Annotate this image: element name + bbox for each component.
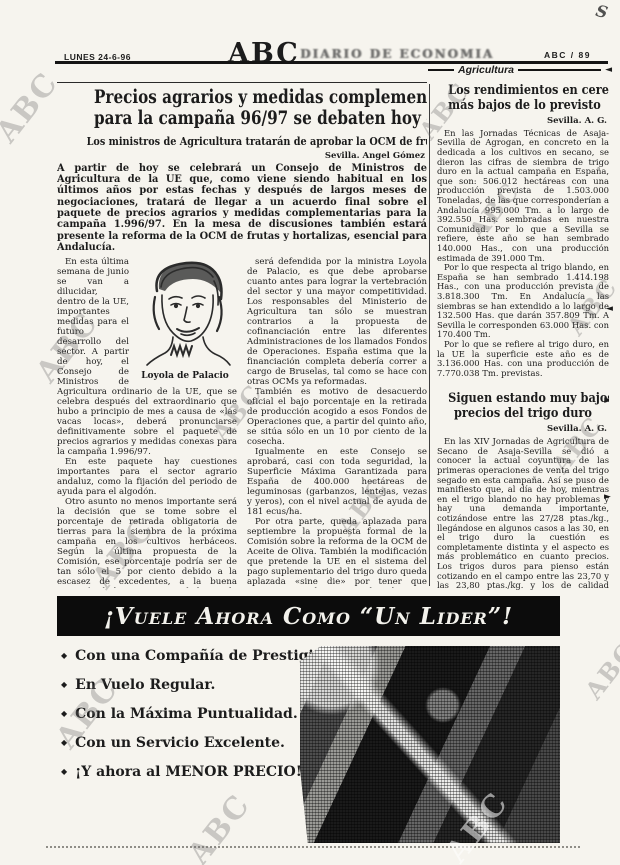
article-paragraph: También es motivo de desacuerdo oficial … — [247, 387, 427, 447]
cereals-headline: Los rendimientos en cereales, más bajos … — [448, 84, 598, 114]
headline-line: más bajos de lo previsto — [448, 99, 598, 114]
section-label: Agricultura — [458, 64, 514, 76]
portrait-caption: Loyola de Palacio — [133, 371, 237, 381]
headline-line: para la campaña 96/97 se debaten hoy en … — [94, 108, 390, 129]
advertisement: ¡Vuele Ahora Como “Un Lider”! ◆ Con una … — [57, 596, 560, 845]
masthead-logo: ABC — [228, 38, 300, 69]
abc-watermark: ABC — [579, 636, 620, 705]
bullet-icon: ◆ — [61, 651, 67, 660]
prices-article-body: En las XIV Jornadas de Agricultura de Se… — [437, 437, 609, 590]
newspaper-page: ABC ABC ABC ABC ABC ABC ABC ABC ABC ABC … — [0, 0, 620, 865]
cereals-article: Los rendimientos en cereales, más bajos … — [437, 84, 609, 378]
lead-paragraph: A partir de hoy se celebrará un Consejo … — [57, 163, 427, 254]
margin-left-pointer-icon: ◄ — [606, 304, 613, 314]
cereals-article-body: En las Jornadas Técnicas de Asaja-Sevill… — [437, 129, 609, 378]
ad-body: ◆ Con una Compañía de Prestigio. ◆ En Vu… — [57, 636, 560, 845]
headline-line: precios del trigo duro — [448, 407, 598, 422]
byline: Sevilla. A. G. — [437, 424, 607, 434]
ad-bullet-item: ◆ Con la Máxima Puntualidad. — [61, 706, 299, 722]
ad-photo — [300, 646, 560, 843]
bullet-icon: ◆ — [61, 680, 67, 689]
main-article: Precios agrarios y medidas complementari… — [57, 82, 427, 588]
byline: Sevilla. Angel Gómez — [57, 151, 425, 161]
ad-bullet-item: ◆ En Vuelo Regular. — [61, 677, 299, 693]
illegible-stamp: DIARIO DE ECONOMIA — [300, 47, 480, 61]
article-columns: Loyola de Palacio En esta última semana … — [57, 257, 427, 588]
headline-pointer-icon: ► — [604, 393, 609, 406]
headline-line: Precios agrarios y medidas complementari… — [94, 87, 390, 108]
ad-bullet-item: ◆ Con una Compañía de Prestigio. — [61, 648, 299, 664]
main-subhead: Los ministros de Agricultura tratarán de… — [87, 134, 398, 148]
article-column-2: será defendida por la ministra Loyola de… — [247, 257, 427, 588]
article-paragraph: Otro asunto no menos importante será la … — [57, 497, 237, 588]
page-tear-line — [46, 846, 580, 848]
ad-bullet-item: ◆ Con un Servicio Excelente. — [61, 735, 299, 751]
right-column: Los rendimientos en cereales, más bajos … — [437, 84, 609, 590]
section-marker-icon: ◄ — [605, 66, 612, 75]
ad-bullet-text: ¡Y ahora al MENOR PRECIO! — [75, 764, 302, 780]
ad-bullet-text: En Vuelo Regular. — [75, 677, 215, 693]
article-paragraph: Por lo que se refiere al trigo duro, en … — [437, 340, 609, 378]
page-number: ABC / 89 — [544, 50, 591, 60]
column-divider-rule — [429, 84, 430, 586]
bullet-icon: ◆ — [61, 738, 67, 747]
article-paragraph: En las Jornadas Técnicas de Asaja-Sevill… — [437, 129, 609, 263]
section-rule-right — [518, 69, 601, 71]
ad-banner: ¡Vuele Ahora Como “Un Lider”! — [57, 596, 560, 636]
loyola-portrait-sketch — [135, 257, 235, 367]
abc-watermark: ABC — [0, 66, 66, 150]
headline-line: Siguen estando muy bajos los — [448, 392, 598, 407]
article-column-1: Loyola de Palacio En esta última semana … — [57, 257, 237, 588]
portrait-figure: Loyola de Palacio — [133, 257, 237, 381]
article-paragraph: Por lo que respecta al trigo blando, en … — [437, 263, 609, 340]
main-headline: Precios agrarios y medidas complementari… — [94, 87, 390, 130]
bullet-icon: ◆ — [61, 767, 67, 776]
article-gap — [437, 378, 609, 392]
ad-bullet-item: ◆ ¡Y ahora al MENOR PRECIO! — [61, 764, 299, 780]
article-paragraph: En las XIV Jornadas de Agricultura de Se… — [437, 437, 609, 590]
margin-right-pointer-icon: ► — [604, 492, 611, 502]
article-paragraph: Por otra parte, queda aplazada para sept… — [247, 517, 427, 588]
ad-bullet-list: ◆ Con una Compañía de Prestigio. ◆ En Vu… — [61, 648, 299, 793]
ad-bullet-text: Con una Compañía de Prestigio. — [75, 648, 328, 664]
headline-line: Los rendimientos en cereales, — [448, 84, 598, 99]
section-header: Agricultura ◄ — [428, 64, 612, 76]
ad-bullet-text: Con la Máxima Puntualidad. — [75, 706, 298, 722]
article-paragraph: será defendida por la ministra Loyola de… — [247, 257, 427, 387]
scan-artifact: S — [594, 1, 610, 22]
section-rule-left — [428, 69, 454, 71]
ad-banner-text: ¡Vuele Ahora Como “Un Lider”! — [104, 603, 513, 630]
article-paragraph: En este paquete hay cuestiones important… — [57, 457, 237, 497]
prices-headline: Siguen estando muy bajos los precios del… — [448, 392, 598, 422]
prices-article: Siguen estando muy bajos los precios del… — [437, 392, 609, 590]
article-paragraph: Igualmente en este Consejo se aprobará, … — [247, 447, 427, 517]
byline: Sevilla. A. G. — [437, 116, 607, 126]
bullet-icon: ◆ — [61, 709, 67, 718]
ad-bullet-text: Con un Servicio Excelente. — [75, 735, 285, 751]
